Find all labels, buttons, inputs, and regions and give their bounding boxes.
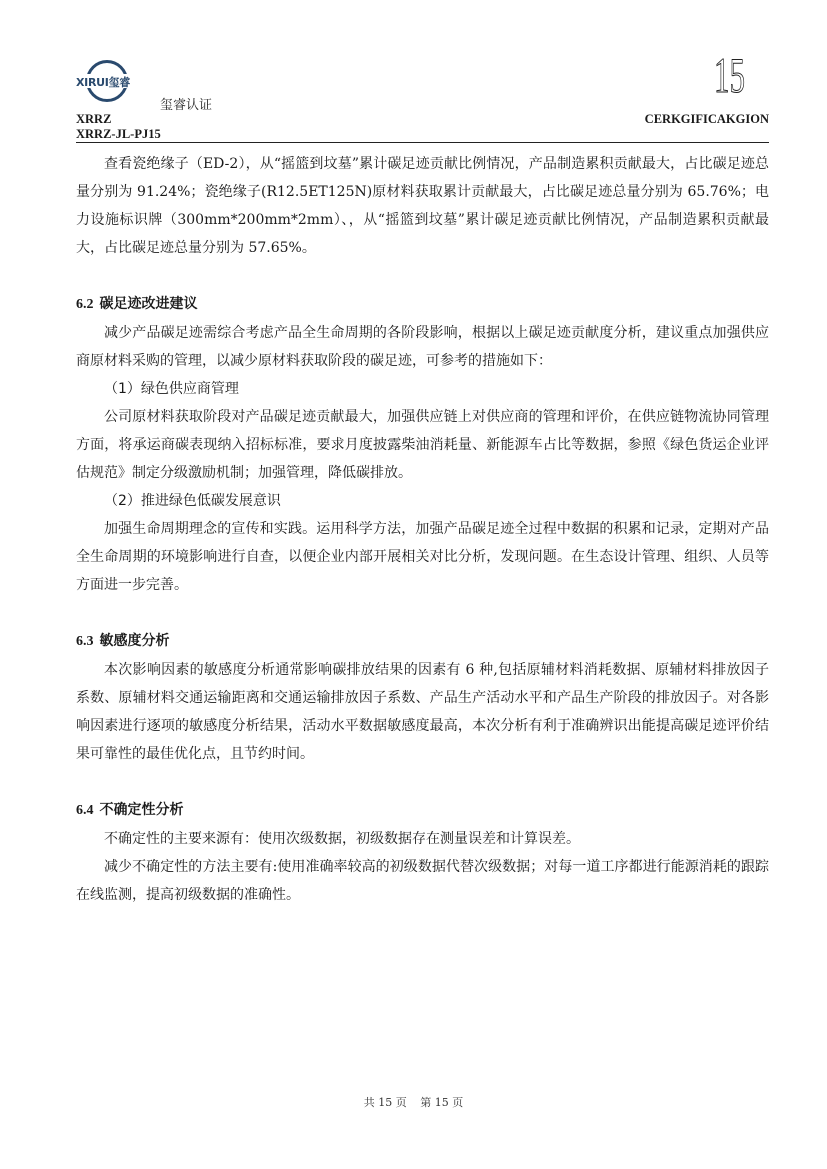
company-logo: XIRUI玺睿 [76, 60, 140, 104]
intro-paragraph: 查看瓷绝缘子（ED-2），从“摇篮到坟墓”累计碳足迹贡献比例情况，产品制造累积贡… [76, 150, 769, 262]
section-6-3-paragraph: 本次影响因素的敏感度分析通常影响碳排放结果的因素有 6 种,包括原辅材料消耗数据… [76, 656, 769, 768]
section-heading-6-2: 6.2碳足迹改进建议 [76, 290, 769, 319]
section-title: 不确定性分析 [100, 802, 184, 818]
section-number: 6.2 [76, 297, 94, 312]
certification-label: CERKGIFICAKGION [645, 112, 769, 127]
page-footer: 共 15 页 第 15 页 [0, 1094, 827, 1110]
section-number: 6.4 [76, 803, 94, 818]
section-heading-6-4: 6.4不确定性分析 [76, 796, 769, 825]
item-2-title: （2）推进绿色低碳发展意识 [76, 487, 769, 515]
section-6-4-paragraph-2: 减少不确定性的方法主要有:使用准确率较高的初级数据代替次级数据；对每一道工序都进… [76, 853, 769, 909]
section-number: 6.3 [76, 634, 94, 649]
section-6-4-paragraph-1: 不确定性的主要来源有：使用次级数据，初级数据存在测量误差和计算误差。 [76, 825, 769, 853]
document-code: XRRZ-JL-PJ15 [76, 127, 161, 142]
logo-text: XIRUI玺睿 [76, 74, 130, 90]
brand-name: 玺睿认证 [160, 94, 212, 113]
section-title: 碳足迹改进建议 [100, 296, 198, 312]
item-2-text: 加强生命周期理念的宣传和实践。运用科学方法，加强产品碳足迹全过程中数据的积累和记… [76, 515, 769, 599]
section-title: 敏感度分析 [100, 633, 170, 649]
page-header: XIRUI玺睿 玺睿认证 XRRZ XRRZ-JL-PJ15 15 CERKGI… [76, 40, 769, 144]
section-heading-6-3: 6.3敏感度分析 [76, 627, 769, 656]
header-divider [76, 142, 769, 143]
document-body: 查看瓷绝缘子（ED-2），从“摇篮到坟墓”累计碳足迹贡献比例情况，产品制造累积贡… [76, 150, 769, 909]
total-pages: 共 15 页 [364, 1096, 407, 1109]
current-page: 第 15 页 [420, 1096, 463, 1109]
section-6-2-paragraph: 减少产品碳足迹需综合考虑产品全生命周期的各阶段影响，根据以上碳足迹贡献度分析，建… [76, 319, 769, 375]
item-1-text: 公司原材料获取阶段对产品碳足迹贡献最大，加强供应链上对供应商的管理和评价，在供应… [76, 403, 769, 487]
org-code: XRRZ [76, 112, 111, 127]
page-number-large: 15 [714, 50, 745, 100]
item-1-title: （1）绿色供应商管理 [76, 375, 769, 403]
